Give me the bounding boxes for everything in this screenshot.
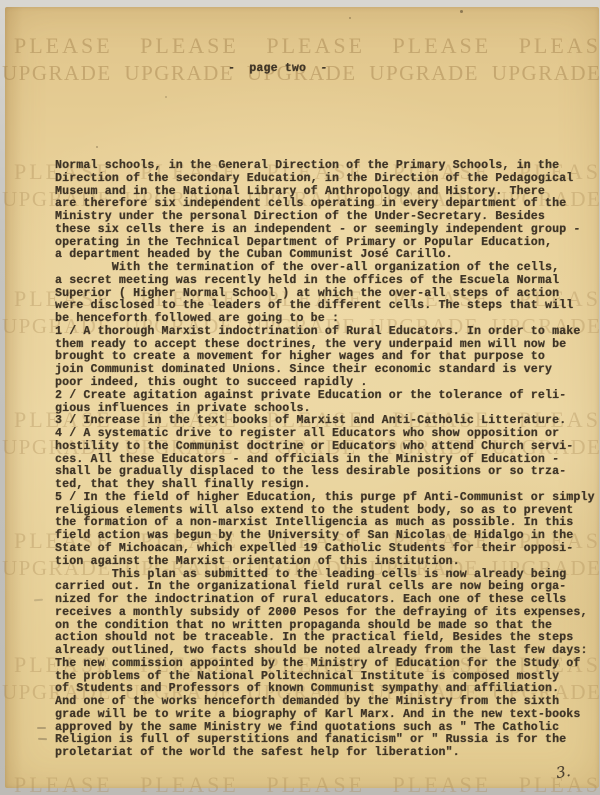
margin-pencil-mark	[37, 727, 46, 729]
body-line: already outlined, two facts should be no…	[55, 645, 600, 658]
body-line: Normal schools, in the General Direction…	[55, 160, 600, 173]
body-line: nized for the indoctrination of rural ed…	[55, 594, 600, 607]
body-line: The new commission appointed by the Mini…	[55, 658, 600, 671]
body-line: 2 / Create agitation against private Edu…	[55, 390, 600, 403]
body-line: these six cells there is an independent …	[55, 224, 600, 237]
body-line: grade will be to write a biography of Ka…	[55, 709, 600, 722]
body-line: 5 / In the field of higher Education, th…	[55, 492, 600, 505]
body-line: tion against the Marxist orientation of …	[55, 556, 600, 569]
body-line: hostility to the Communist doctrine or E…	[55, 441, 600, 454]
body-line: Ministry under the personal Direction of…	[55, 211, 600, 224]
body-line: a secret meeting was recently held in th…	[55, 275, 600, 288]
body-line: receives a monthly subsidy of 2000 Pesos…	[55, 607, 600, 620]
paper-speck	[349, 17, 351, 19]
body-line: And one of the works henceforth demanded…	[55, 696, 600, 709]
page-number: 3.	[555, 762, 572, 782]
paper-speck	[460, 10, 463, 13]
body-line: Direction of the secondary Education, in…	[55, 173, 600, 186]
scanned-document: PLEASE PLEASE PLEASE PLEASE PLEASEUPGRAD…	[0, 0, 600, 795]
body-line: State of Michoacan, which expelled 19 Ca…	[55, 543, 600, 556]
body-line: 1 / A thorough Marxist indoctrination of…	[55, 326, 600, 339]
paper-speck	[165, 96, 167, 98]
margin-pencil-mark	[38, 738, 47, 740]
body-line: With the termination of the over-all org…	[55, 262, 600, 275]
body-line: poor indeed, this ought to succeed rapid…	[55, 377, 600, 390]
typewritten-body: Normal schools, in the General Direction…	[55, 160, 600, 760]
page-header: - page two -	[228, 62, 327, 75]
body-line: proletariat of the world the safest help…	[55, 747, 600, 760]
paper-speck	[96, 146, 98, 148]
body-line: 4 / A systematic drive to register all E…	[55, 428, 600, 441]
body-line: ted, that they shall finally resign.	[55, 479, 600, 492]
